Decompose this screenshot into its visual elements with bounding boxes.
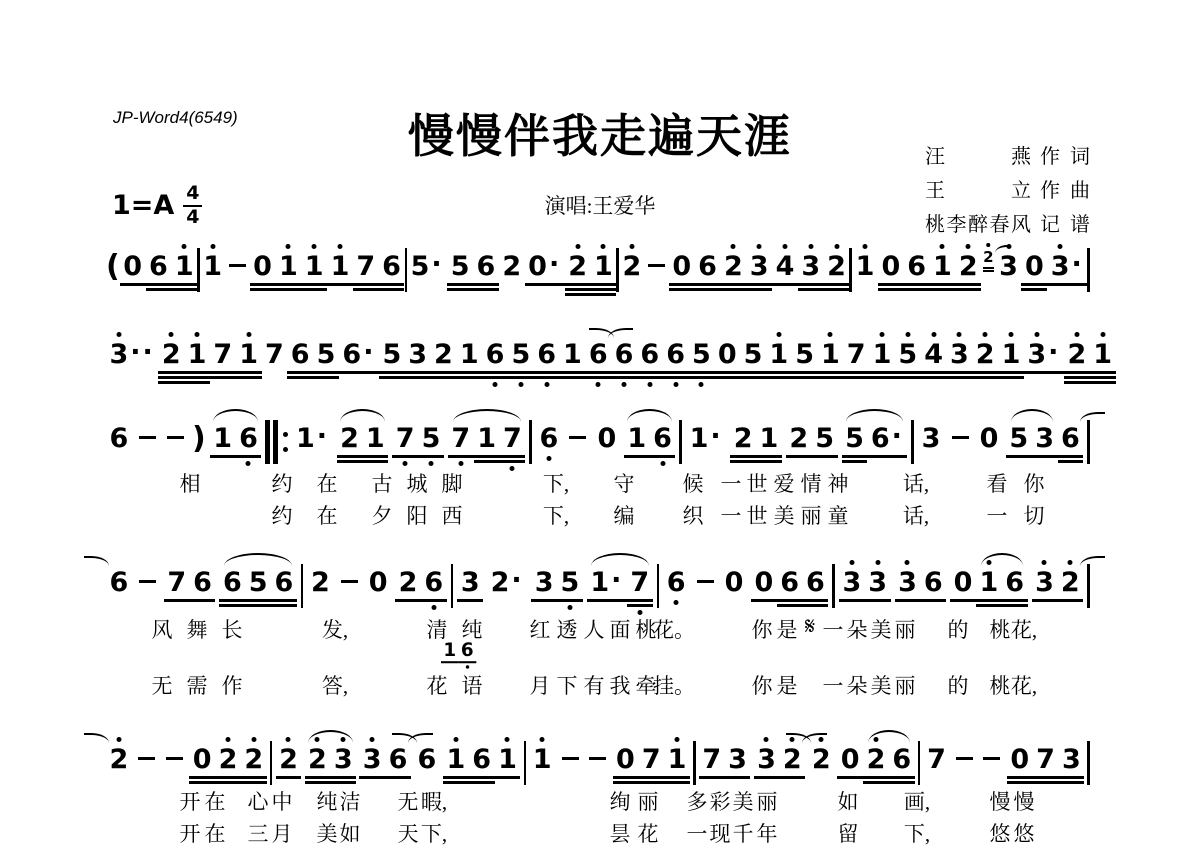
note-digit: 6 <box>110 424 129 454</box>
dash-note <box>135 736 159 791</box>
note: 5 <box>447 243 473 298</box>
note-group: 656 <box>219 559 296 614</box>
note-body: 6 <box>382 252 401 282</box>
note-digit: 2 <box>724 252 743 282</box>
note: 1· <box>587 559 627 614</box>
note: 6 <box>611 331 637 386</box>
lyric-syllable: 绚 <box>610 786 631 816</box>
note-digit: 1 <box>627 424 646 454</box>
lyric-syllable: 昙 <box>610 818 631 848</box>
octave-dot-low <box>458 461 463 466</box>
note-digit: 0 <box>980 424 999 454</box>
note-digit: 2 <box>162 340 181 370</box>
note: 6 <box>421 559 447 614</box>
beam-underlines <box>469 776 495 786</box>
octave-dot-low <box>673 382 678 387</box>
note-digit: 7 <box>396 424 415 454</box>
beam-line <box>275 288 301 291</box>
note-digit: 5 <box>692 340 711 370</box>
octave-dot-high <box>863 244 868 249</box>
lyric-syllable: 花 <box>638 818 659 848</box>
note-group: 21 <box>158 331 210 386</box>
note-body <box>562 745 579 760</box>
note-body: 1 <box>460 340 479 370</box>
note-digit: 1 <box>668 745 687 775</box>
beam-line <box>611 376 637 379</box>
beam-line <box>250 283 276 286</box>
note-digit: 5 <box>411 252 430 282</box>
beam-underlines <box>1002 599 1028 609</box>
beam-underlines <box>663 371 689 381</box>
beam-underlines <box>534 371 560 381</box>
note-body: 3·· <box>110 340 155 370</box>
note-digit: 1 <box>760 424 779 454</box>
note-digit: 5 <box>317 340 336 370</box>
beam-line <box>1058 460 1084 463</box>
beam-underlines <box>241 776 267 786</box>
note-digit: 1 <box>213 424 232 454</box>
octave-dot-high <box>286 244 291 249</box>
beam-underlines <box>421 599 447 604</box>
beam-line <box>171 288 197 291</box>
beam-underlines <box>921 371 947 381</box>
note-digit: 0 <box>369 568 388 598</box>
note-digit: 2 <box>311 568 330 598</box>
lyric-syllable: 丽 <box>801 500 822 530</box>
beam-line <box>474 455 500 458</box>
note: 6· <box>867 415 907 470</box>
beam-line <box>976 604 1002 607</box>
beam-underlines <box>946 371 972 381</box>
note: 6 <box>379 243 405 298</box>
beam-line <box>313 371 339 374</box>
note-group: 36 <box>895 559 947 614</box>
note-digit: 2 <box>502 252 521 282</box>
note: 5 <box>792 331 818 386</box>
beam-underlines <box>560 371 586 381</box>
note-digit: 6 <box>342 340 361 370</box>
note: 2 <box>307 559 333 614</box>
note: 2 <box>1064 331 1090 386</box>
octave-dot-low <box>647 382 652 387</box>
octave-dot-high <box>246 332 251 337</box>
note: 2 <box>955 243 981 298</box>
lyric-syllable: 面 <box>610 614 631 644</box>
note: 6 <box>1002 559 1028 614</box>
beam-line <box>327 283 353 286</box>
note-body: 7 <box>702 745 721 775</box>
octave-dot-high <box>931 332 936 337</box>
octave-dot-high <box>905 560 910 565</box>
beam-line <box>276 776 302 779</box>
note-digit: 7 <box>265 340 284 370</box>
note-digit: 6 <box>698 252 717 282</box>
note-digit: 1 <box>1002 340 1021 370</box>
beam-line <box>946 376 972 379</box>
note-body: 1· <box>590 568 623 598</box>
note-digit: 4 <box>924 340 943 370</box>
beam-line <box>585 371 611 374</box>
lyric-syllable: 舞 <box>187 614 208 644</box>
note-body: 3 <box>461 568 480 598</box>
beam-line <box>525 283 565 286</box>
beam-line <box>1033 776 1059 779</box>
note-digit: 7 <box>167 568 186 598</box>
note: 7 <box>1033 736 1059 791</box>
note-body: 2 <box>308 745 327 775</box>
lyric-syllable: 洁 <box>340 786 361 816</box>
beam-line <box>627 599 653 602</box>
beam-line <box>1058 776 1084 779</box>
note-group: 6·5 <box>339 331 405 386</box>
note-digit: 2 <box>622 252 641 282</box>
note-digit: 1 <box>460 340 479 370</box>
note-body: 3 <box>801 252 820 282</box>
lyric-syllable: 花。 <box>653 614 695 644</box>
octave-dot-low <box>596 382 601 387</box>
note-body: 6 <box>424 568 443 598</box>
beam-line <box>863 781 889 784</box>
beam-line <box>565 293 591 296</box>
octave-dot-high <box>987 243 991 247</box>
beam-line <box>473 288 499 291</box>
lyric-syllable: 一 <box>823 670 844 700</box>
note-digit: 1 <box>188 340 207 370</box>
note-body: 3 <box>842 568 861 598</box>
lyric-syllable: 慢 <box>1014 786 1035 816</box>
lyric-syllable: 如 <box>838 786 859 816</box>
note-digit: 1 <box>446 745 465 775</box>
augmentation-dot: · <box>1048 340 1060 370</box>
grace-note: 2 <box>981 243 995 274</box>
beam-line <box>330 781 356 784</box>
octave-dot-high <box>819 737 824 742</box>
note-body: 1 <box>366 424 385 454</box>
repeat-bar <box>273 420 278 464</box>
note-body: 1 <box>594 252 613 282</box>
beam-underlines <box>740 371 766 381</box>
tie-close-icon <box>589 328 614 340</box>
beam-underlines <box>730 455 756 465</box>
lyric-syllable: 需 <box>187 670 208 700</box>
note-digit: 6 <box>1061 424 1080 454</box>
note: 1 <box>184 331 210 386</box>
note-digit: 6 <box>424 568 443 598</box>
note-body: 3 <box>728 745 747 775</box>
beam-line <box>669 288 695 291</box>
beam-line <box>560 371 586 374</box>
note: 2 <box>106 736 132 791</box>
beam-underlines <box>418 455 444 460</box>
beam-line <box>664 781 690 784</box>
note-digit: 1 <box>590 568 609 598</box>
note-digit: 3 <box>110 340 129 370</box>
tie-open-icon <box>1080 412 1105 424</box>
beam-line <box>972 371 998 374</box>
note-body: 2 <box>734 424 753 454</box>
note-body: 5 <box>317 340 336 370</box>
note-digit: 1 <box>175 252 194 282</box>
beam-line <box>418 455 444 458</box>
lyric-syllable: 月 <box>530 670 551 700</box>
beam-line <box>699 776 725 779</box>
note-group: 6665 <box>611 331 714 386</box>
note-group: 061 <box>120 243 197 298</box>
note-body: 1 <box>668 745 687 775</box>
note: 5 <box>313 331 339 386</box>
beam-underlines <box>236 455 262 460</box>
note: 0 <box>365 559 391 614</box>
beam-line <box>395 599 421 602</box>
beam-underlines <box>1032 455 1058 460</box>
octave-dot-high <box>540 737 545 742</box>
note-group: 33 <box>839 559 891 614</box>
note: 6 <box>904 243 930 298</box>
note-digit: 0 <box>1010 745 1029 775</box>
note-group: 3216 <box>405 331 508 386</box>
octave-dot-high <box>116 332 121 337</box>
beam-underlines <box>689 371 715 381</box>
beam-line <box>120 283 146 286</box>
note-body: 3 <box>898 568 917 598</box>
beam-line <box>638 781 664 784</box>
note-digit: 2 <box>110 745 129 775</box>
beam-line <box>305 781 331 784</box>
note-digit: 5 <box>422 424 441 454</box>
lyric-syllable: 无 <box>152 670 173 700</box>
beam-underlines <box>867 455 907 460</box>
note-body: 5 <box>382 340 401 370</box>
note-body: 1 <box>498 745 517 775</box>
note-body: 6 <box>239 424 258 454</box>
lyric-syllable: 三 <box>248 818 269 848</box>
note-body: 2 <box>789 424 808 454</box>
beam-line <box>803 599 829 602</box>
beam-line <box>591 283 617 286</box>
beam-line <box>1058 781 1084 784</box>
note: 6 <box>219 559 245 614</box>
note-digit: 7 <box>503 424 522 454</box>
note-digit: 6 <box>640 340 659 370</box>
octave-dot-high <box>879 332 884 337</box>
barline <box>529 420 532 464</box>
beam-underlines <box>587 599 627 604</box>
note: 2 <box>730 415 756 470</box>
beam-underlines <box>1047 283 1087 288</box>
lyric-syllable: 话, <box>903 468 929 498</box>
note-body: 7 <box>167 568 186 598</box>
beam-line <box>184 376 210 379</box>
note-digit: 0 <box>253 252 272 282</box>
note: 3 <box>946 331 972 386</box>
octave-dot-high <box>776 332 781 337</box>
beam-underlines <box>976 599 1002 609</box>
slur-icon <box>868 730 910 743</box>
beam-line <box>146 288 172 291</box>
note-body: 4 <box>776 252 795 282</box>
note-body: 1 <box>933 252 952 282</box>
note-digit: 3 <box>728 745 747 775</box>
octave-dot-high <box>169 332 174 337</box>
beam-line <box>746 288 772 291</box>
note-body: 6 <box>223 568 242 598</box>
beam-line <box>250 288 276 291</box>
note-body: 5 <box>561 568 580 598</box>
beam-underlines <box>1058 776 1084 786</box>
lyric-syllable: 朵 <box>847 670 868 700</box>
beam-line <box>792 371 818 374</box>
note-digit: 6 <box>537 340 556 370</box>
note-body: 5 <box>815 424 834 454</box>
beam-line <box>1007 781 1033 784</box>
note-body: 6 <box>193 568 212 598</box>
note: 0 <box>189 736 215 791</box>
dash-note <box>337 559 361 614</box>
note: 0 <box>878 243 904 298</box>
note-body: 1 <box>477 424 496 454</box>
note: 6 <box>106 415 132 470</box>
lyric-syllable: 一 <box>823 614 844 644</box>
dash-icon <box>139 436 156 439</box>
barline <box>1087 420 1090 464</box>
beam-underlines <box>895 599 921 604</box>
lyric-syllable: 古 <box>372 468 393 498</box>
beam-underlines <box>930 283 956 293</box>
beam-underlines <box>1090 371 1116 386</box>
note: 6 <box>190 559 216 614</box>
beam-line <box>843 371 869 374</box>
barline <box>524 741 527 785</box>
slur-icon <box>591 553 649 566</box>
note: 1 <box>236 331 262 386</box>
beam-underlines <box>1057 599 1083 604</box>
note-digit: 0 <box>1025 252 1044 282</box>
note-digit: 3 <box>408 340 427 370</box>
beam-line <box>353 283 379 286</box>
parenthesis: ( <box>106 243 120 282</box>
beam-line <box>245 604 271 607</box>
beam-line <box>482 376 508 379</box>
slur-icon <box>213 409 258 422</box>
lyric-syllable: 纯 <box>317 786 338 816</box>
note: 5 <box>842 415 868 470</box>
note: 5 <box>557 559 583 614</box>
note: 0· <box>525 243 565 298</box>
note-body: 6 <box>615 340 634 370</box>
lyric-syllable: 是 <box>777 670 798 700</box>
note-body <box>589 745 606 760</box>
note-group: 066 <box>751 559 828 614</box>
beam-line <box>613 776 639 779</box>
note-body: 6 <box>486 340 505 370</box>
beam-line <box>362 460 388 463</box>
dash-note <box>164 415 188 470</box>
beam-line <box>443 776 469 779</box>
beam-line <box>824 288 850 291</box>
beam-line <box>818 376 844 379</box>
beam-line <box>210 376 236 379</box>
note: 7 <box>843 331 869 386</box>
beam-line <box>379 283 405 286</box>
note: 2 <box>431 331 457 386</box>
note-group: 0623 <box>669 243 772 298</box>
note: 0 <box>669 243 695 298</box>
beam-line <box>500 455 526 458</box>
note-digit: 6 <box>540 424 559 454</box>
beam-underlines <box>842 455 868 465</box>
note-body: 1 <box>979 568 998 598</box>
dash-note <box>585 736 609 791</box>
lyric-syllable: 爱 <box>774 468 795 498</box>
note-digit: 3 <box>334 745 353 775</box>
note: 5 <box>689 331 715 386</box>
note-body: 0 <box>725 568 744 598</box>
beam-line <box>714 371 740 374</box>
augmentation-dot: · <box>511 568 523 598</box>
octave-dot-high <box>828 332 833 337</box>
note-body: 0 <box>1025 252 1044 282</box>
note-body: 1 <box>443 640 456 660</box>
barline <box>918 741 921 785</box>
beam-line <box>792 376 818 379</box>
slur-icon <box>627 409 672 422</box>
note-group: 32 <box>1032 559 1084 614</box>
beam-line <box>663 376 689 379</box>
note-body: 7 <box>503 424 522 454</box>
beam-underlines <box>301 283 327 293</box>
note-digit: 1 <box>443 640 456 660</box>
note: 3· <box>1024 331 1064 386</box>
note: 1 <box>529 736 555 791</box>
dash-note <box>693 559 717 614</box>
note-body: 1 <box>1002 340 1021 370</box>
dash-icon <box>139 580 156 583</box>
note-body: 7 <box>847 340 866 370</box>
beam-line <box>904 283 930 286</box>
note-body: 5 <box>511 340 530 370</box>
note-digit: 2 <box>244 745 263 775</box>
octave-dot-low <box>428 461 433 466</box>
octave-dot-high <box>1100 332 1105 337</box>
lyric-syllable: 桃 <box>990 614 1011 644</box>
beam-underlines <box>837 776 863 781</box>
note: 6 <box>695 243 721 298</box>
note-body: 6 <box>110 568 129 598</box>
repeat-bar <box>265 420 270 464</box>
beam-line <box>842 455 868 458</box>
octave-dot-low <box>466 665 469 668</box>
grace-digit: 2 <box>983 249 993 265</box>
note: 1 <box>327 243 353 298</box>
note-group: 073 <box>1007 736 1084 791</box>
barline <box>1087 564 1090 608</box>
note-body: 5 <box>451 252 470 282</box>
beam-line <box>405 376 431 379</box>
beam-line <box>591 288 617 291</box>
dash-icon <box>229 264 246 267</box>
lyric-syllable: 下 <box>557 670 578 700</box>
beam-line <box>1064 381 1090 384</box>
dash-icon <box>138 757 155 760</box>
beam-line <box>421 599 447 602</box>
octave-dot-high <box>675 737 680 742</box>
beam-line <box>587 599 627 602</box>
beam-line <box>379 288 405 291</box>
note-digit: 7 <box>1036 745 1055 775</box>
beam-line <box>431 376 457 379</box>
note-body: 3 <box>922 424 941 454</box>
note-body: 6 <box>537 340 556 370</box>
